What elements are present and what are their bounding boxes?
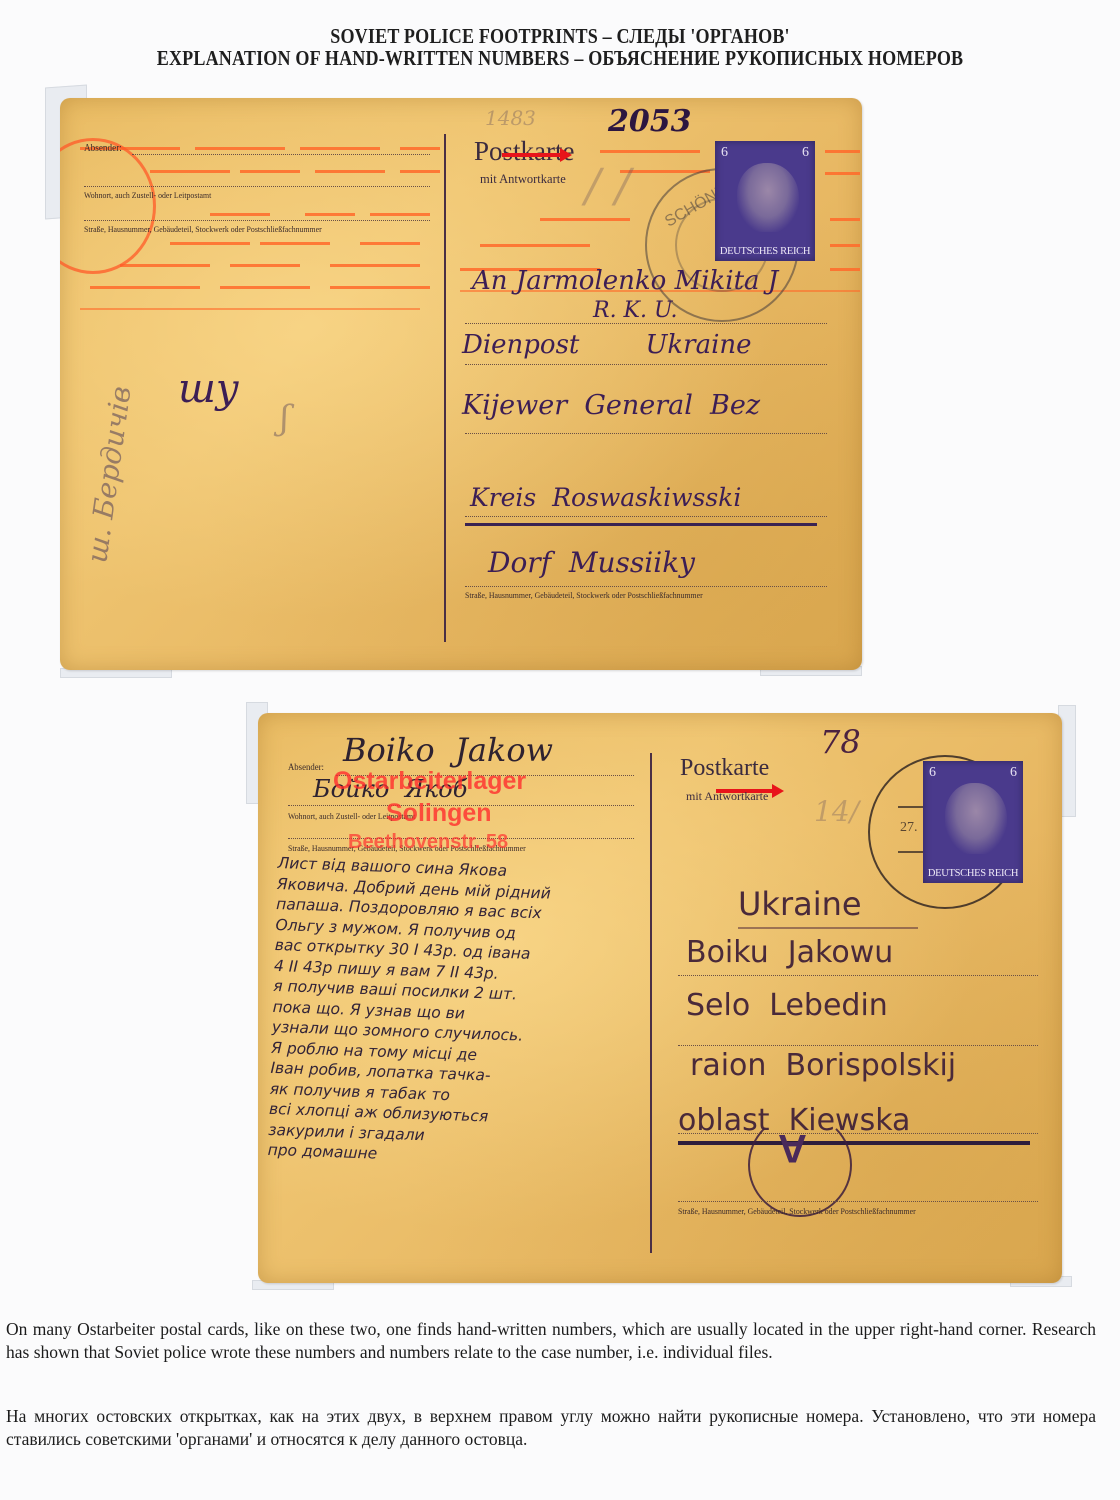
form-line: [132, 154, 430, 155]
pencil-side-note: ш. Бердичів: [80, 384, 137, 565]
strasse-label-right: Straße, Hausnummer, Gebäudeteil, Stockwe…: [465, 590, 703, 600]
address-line: [465, 586, 827, 587]
censor-mark: A: [778, 1125, 807, 1170]
postcard-2: Absender: Boiko Jakow Бойко Якоб Wohnort…: [258, 713, 1062, 1283]
pencil-mark: 14/: [814, 795, 859, 828]
page-subtitle: EXPLANATION OF HAND-WRITTEN NUMBERS – ОБ…: [78, 46, 1041, 71]
antwortkarte-label: mit Antwortkarte: [480, 172, 566, 187]
police-case-number: 78: [820, 723, 861, 761]
stamp-value-left: 6: [929, 765, 936, 781]
strasse-label: Straße, Hausnummer, Gebäudeteil, Stockwe…: [84, 224, 322, 234]
pencil-mark: / /: [585, 158, 631, 212]
address-line: [678, 975, 1038, 976]
address-line-4: raion Borispolskij: [690, 1048, 956, 1083]
address-line: [465, 364, 827, 365]
address-line: [678, 1045, 1038, 1046]
address-underline: [465, 523, 817, 526]
address-line-3: Dienpost Ukraine: [462, 330, 752, 360]
handwritten-marks: шу: [178, 366, 239, 412]
caption-english: On many Ostarbeiter postal cards, like o…: [6, 1318, 1096, 1364]
wohnort-label: Wohnort, auch Zustell- oder Leitpostamt: [84, 190, 211, 200]
card-divider: [444, 134, 446, 642]
address-line-2: Boiku Jakowu: [686, 935, 893, 970]
address-line: [678, 1201, 1038, 1202]
orange-circular-seal: [60, 138, 156, 274]
police-case-number: 2053: [608, 104, 692, 139]
pencil-number: 1483: [485, 106, 536, 130]
absender-label: Absender:: [288, 763, 324, 773]
stamp-value-right: 6: [1010, 765, 1017, 781]
address-line: [678, 1133, 1038, 1134]
postkarte-label: Postkarte: [680, 755, 769, 782]
address-line-3: Selo Lebedin: [686, 988, 888, 1023]
portrait-icon: [737, 163, 799, 233]
card-divider: [650, 753, 652, 1253]
stamp-value-right: 6: [802, 145, 809, 161]
address-underline: [738, 927, 918, 929]
address-line: [465, 516, 827, 517]
portrait-icon: [945, 783, 1007, 854]
handwritten-letter: Лист від вашого сина Якова Яковича. Добр…: [267, 853, 650, 1173]
stamp-value-left: 6: [721, 145, 728, 161]
sender-name-latin: Boiko Jakow: [343, 731, 553, 769]
address-line-4: Kijewer General Bez: [462, 390, 760, 421]
camp-stamp-line-2: Solingen: [386, 799, 492, 828]
address-line-2: R. K. U.: [593, 298, 678, 323]
antwortkarte-label: mit Antwortkarte: [686, 789, 768, 804]
strasse-label-right: Straße, Hausnummer, Gebäudeteil, Stockwe…: [678, 1206, 916, 1216]
postage-stamp: 6 6 DEUTSCHES REICH: [923, 761, 1023, 883]
form-line: [84, 186, 430, 187]
address-line: [465, 433, 827, 434]
address-line-1: Ukraine: [738, 885, 862, 923]
absender-label: Absender:: [84, 143, 122, 154]
stamp-country: DEUTSCHES REICH: [715, 246, 815, 257]
pencil-scribble: ʃ: [280, 398, 289, 438]
camp-stamp-line-3: Beethovenstr. 58: [348, 831, 508, 854]
form-line: [84, 220, 430, 221]
caption-russian: На многих остовских открытках, как на эт…: [6, 1405, 1096, 1451]
postage-stamp: 6 6 DEUTSCHES REICH: [715, 141, 815, 261]
address-line-1: An Jarmolenko Mikita J: [472, 266, 778, 296]
camp-stamp-line-1: Ostarbeiterlager: [333, 767, 526, 796]
postcard-1: Absender: Wohnort, auch Zustell- oder Le…: [60, 98, 862, 670]
stamp-country: DEUTSCHES REICH: [923, 868, 1023, 879]
address-line-5: Kreis Roswaskiwsski: [470, 483, 741, 512]
postmark-date: 27.: [900, 820, 918, 836]
red-arrow-marker: [502, 153, 562, 157]
address-line-6: Dorf Mussiiky: [488, 546, 695, 579]
address-underline: [678, 1141, 1030, 1145]
address-line: [465, 323, 827, 324]
